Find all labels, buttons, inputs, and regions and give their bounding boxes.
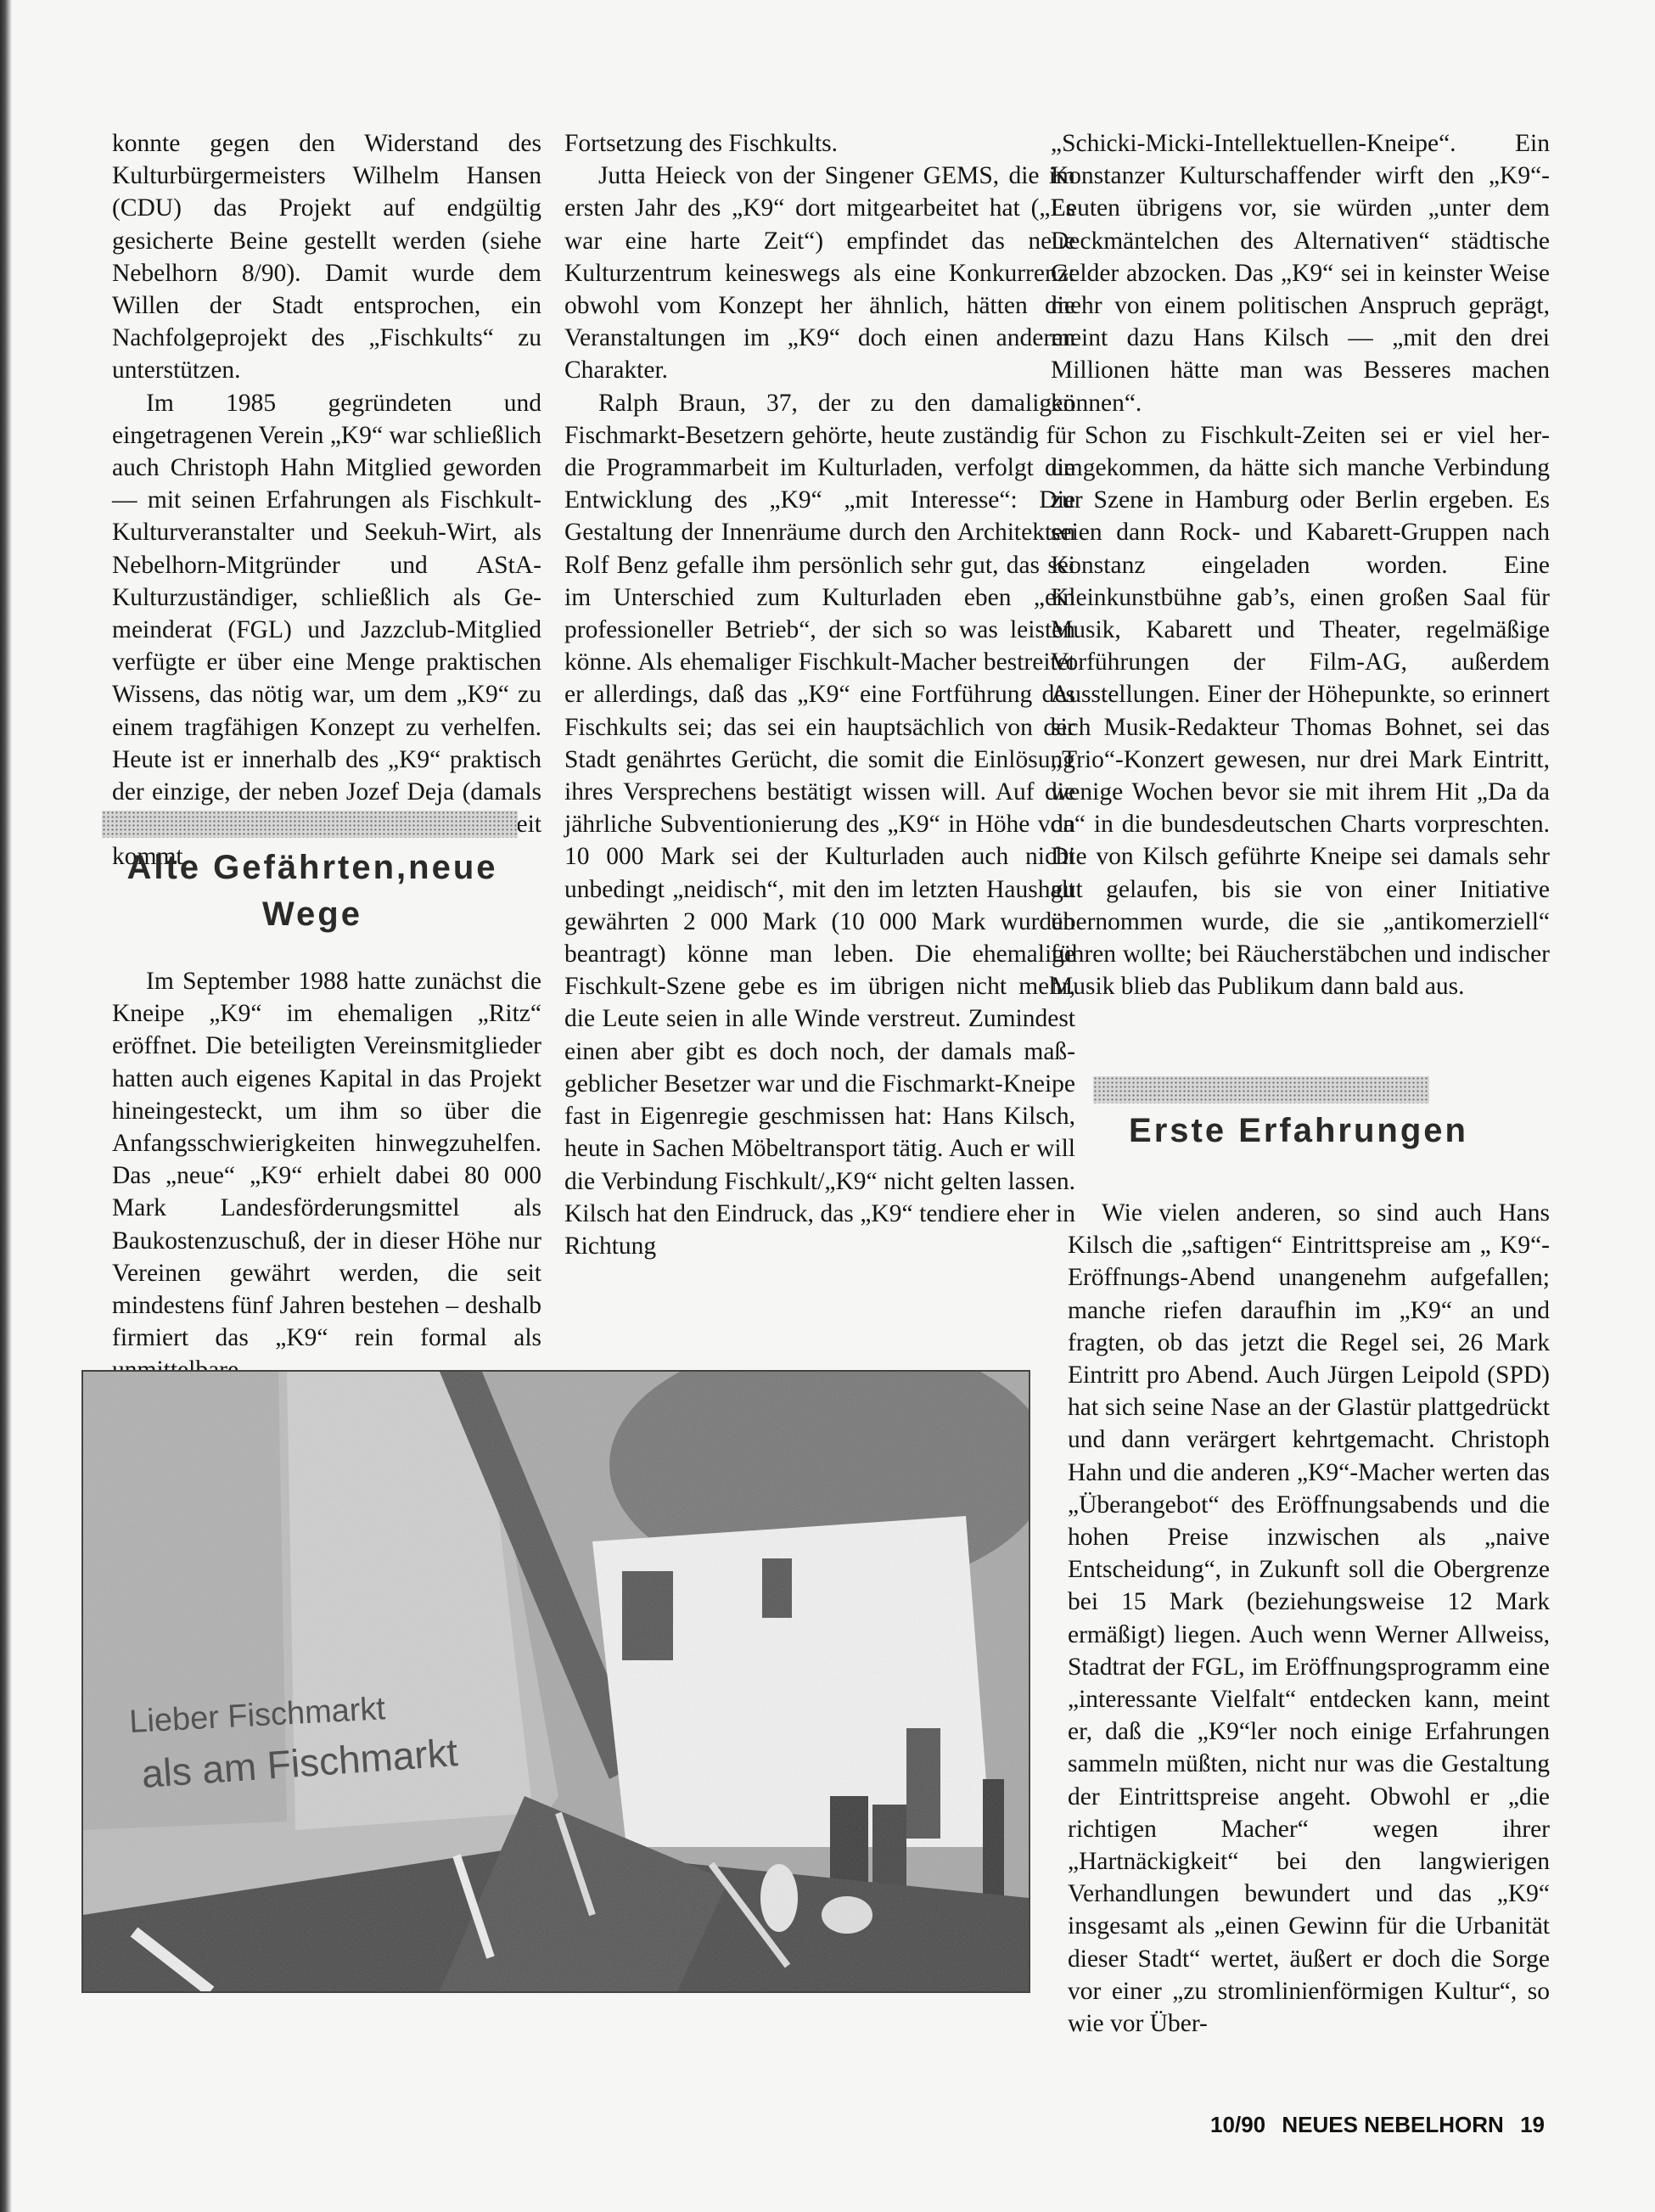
- demolition-photo: Lieber Fischmarkt als am Fischmarkt: [81, 1370, 1030, 1993]
- column-2: Fortsetzung des Fischkults. Jutta Heieck…: [564, 127, 1075, 1262]
- paragraph: Im 1985 gegründeten und eingetragenen Ve…: [112, 387, 541, 873]
- paragraph: „Schicki-Micki-Intellektuellen-Kneipe“. …: [1051, 127, 1550, 419]
- section-heading: Alte Gefährten,neue Wege: [100, 845, 525, 938]
- column-3: „Schicki-Micki-Intellektuellen-Kneipe“. …: [1051, 127, 1550, 1002]
- paragraph: Im September 1988 hatte zunächst die Kne…: [112, 965, 541, 1387]
- paragraph: Jutta Heieck von der Singener GEMS, die …: [564, 160, 1075, 386]
- paragraph: Fortsetzung des Fischkults.: [564, 127, 1075, 160]
- paragraph: Schon zu Fischkult-Zeiten sei er viel he…: [1051, 419, 1550, 1003]
- photo-illustration: Lieber Fischmarkt als am Fischmarkt: [83, 1372, 1029, 1991]
- section-divider-bar: [102, 811, 518, 838]
- page-number: 19: [1520, 2112, 1545, 2137]
- scan-edge-shadow: [0, 0, 12, 2212]
- paragraph: Wie vielen anderen, so sind auch Hans Ki…: [1068, 1197, 1550, 2040]
- paragraph: Ralph Braun, 37, der zu den damaligen Fi…: [564, 387, 1075, 1262]
- section-heading: Erste Erfahrungen: [1086, 1108, 1511, 1154]
- column-1-section: Im September 1988 hatte zunächst die Kne…: [112, 965, 541, 1387]
- page-footer: 10/90 NEUES NEBELHORN 19: [1171, 2112, 1545, 2138]
- paragraph: konnte gegen den Widerstand des Kulturbü…: [112, 127, 541, 387]
- section-divider-bar: [1093, 1076, 1429, 1103]
- issue-number: 10/90: [1210, 2112, 1265, 2137]
- column-3-section: Wie vielen anderen, so sind auch Hans Ki…: [1068, 1197, 1550, 2040]
- magazine-title: NEUES NEBELHORN: [1282, 2112, 1503, 2137]
- column-1: konnte gegen den Widerstand des Kulturbü…: [112, 127, 541, 873]
